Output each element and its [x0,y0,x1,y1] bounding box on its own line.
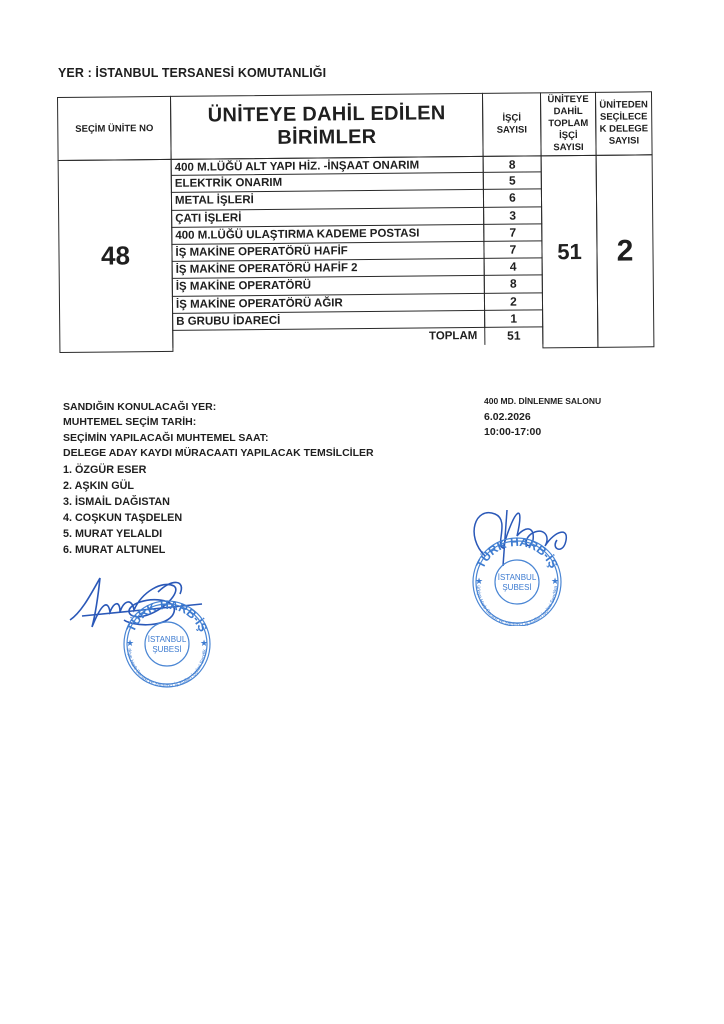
svg-text:★: ★ [475,576,483,586]
representatives-list: 1. ÖZGÜR ESER 2. AŞKIN GÜL 3. İSMAİL DAĞ… [63,462,182,558]
election-info-values: 400 MD. DİNLENME SALONU 6.02.2026 10:00-… [484,394,601,441]
header-total-workers: ÜNİTEYEDAHİLTOPLAMİŞÇİSAYISI [540,92,597,157]
svg-text:★: ★ [551,576,559,586]
representative-item: 6. MURAT ALTUNEL [63,542,182,558]
header-unit-no: SEÇİM ÜNİTE NO [57,96,172,161]
worker-count: 8 [483,155,542,173]
union-stamp-right: TÜRK HARB-İŞ Türkiye Harb Sanayi ve Yard… [455,496,605,626]
unit-total-workers: 51 [541,155,599,349]
svg-text:İSTANBUL: İSTANBUL [148,635,187,644]
header-delegates: ÜNİTEDENSEÇİLECEK DELEGESAYISI [595,91,653,156]
worker-count: 3 [483,207,542,225]
election-date-label: MUHTEMEL SEÇİM TARİH: [63,415,374,430]
header-worker-count: İŞÇİSAYISI [482,92,542,157]
representative-item: 3. İSMAİL DAĞISTAN [63,494,182,510]
representative-item: 1. ÖZGÜR ESER [63,462,182,478]
worker-count: 2 [484,293,543,311]
election-unit-table: SEÇİM ÜNİTE NO ÜNİTEYE DAHİL EDİLEN BİRİ… [57,91,654,353]
unit-number: 48 [58,159,174,353]
svg-text:★: ★ [200,638,208,648]
worker-count: 4 [484,258,543,276]
worker-count: 1 [484,310,543,328]
worker-count: 8 [484,276,543,294]
ballot-location-value: 400 MD. DİNLENME SALONU [484,394,601,410]
total-label: TOPLAM [172,328,485,348]
svg-text:ŞUBESİ: ŞUBESİ [152,645,181,654]
election-info-labels: SANDIĞIN KONULACAĞI YER: MUHTEMEL SEÇİM … [63,400,374,461]
svg-text:İSTANBUL: İSTANBUL [498,573,537,582]
svg-text:ŞUBESİ: ŞUBESİ [502,583,531,592]
worker-count: 7 [483,224,542,242]
worker-count: 5 [483,173,542,191]
union-stamp-left: TÜRK HARB-İŞ Türkiye Harb Sanayi ve Yard… [62,572,252,692]
delegate-count: 2 [596,154,655,348]
unit-rows: 400 M.LÜĞÜ ALT YAPI HİZ. -İNŞAAT ONARIM8… [171,155,544,348]
header-units: ÜNİTEYE DAHİL EDİLEN BİRİMLER [170,93,484,160]
representative-item: 5. MURAT YELALDI [63,526,182,542]
election-date-value: 6.02.2026 [484,410,601,426]
total-row: TOPLAM51 [172,327,543,348]
svg-text:★: ★ [126,638,134,648]
representative-item: 2. AŞKIN GÜL [63,478,182,494]
total-value: 51 [484,327,543,345]
ballot-location-label: SANDIĞIN KONULACAĞI YER: [63,400,374,415]
representative-item: 4. COŞKUN TAŞDELEN [63,510,182,526]
representatives-label: DELEGE ADAY KAYDI MÜRACAATI YAPILACAK TE… [63,446,374,461]
document-title: YER : İSTANBUL TERSANESİ KOMUTANLIĞI [58,66,326,80]
worker-count: 6 [483,190,542,208]
worker-count: 7 [483,241,542,259]
election-time-label: SEÇİMİN YAPILACAĞI MUHTEMEL SAAT: [63,431,374,446]
election-time-value: 10:00-17:00 [484,425,601,441]
